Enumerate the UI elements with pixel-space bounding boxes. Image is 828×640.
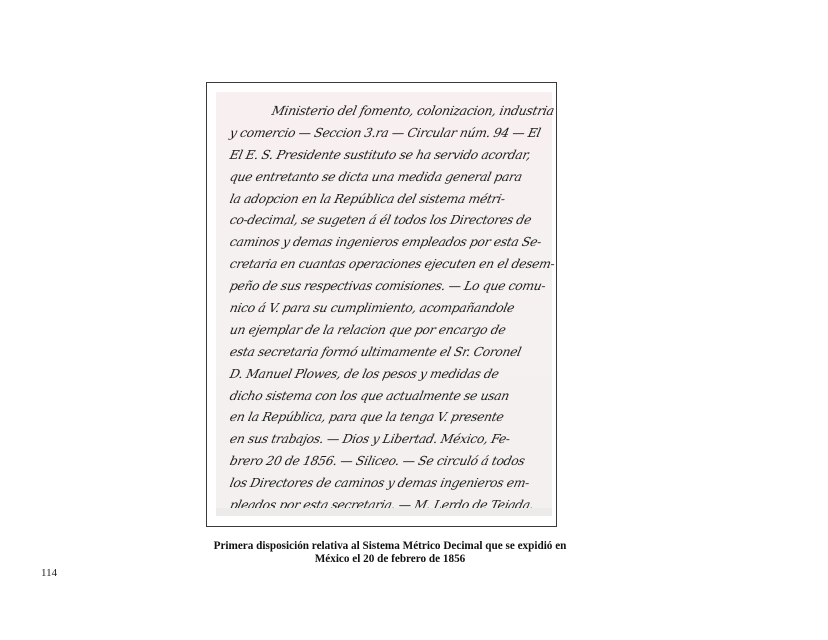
handwritten-line: en sus trabajos. — Dios y Libertad. Méxi… [228, 428, 549, 450]
handwritten-line: caminos y demas ingenieros empleados por… [228, 231, 549, 253]
handwritten-line: en la República, para que la tenga V. pr… [228, 406, 549, 428]
handwritten-line: Ministerio del fomento, colonizacion, in… [228, 100, 549, 122]
paper-bottom-edge [216, 508, 552, 516]
handwritten-line: y comercio — Seccion 3.ra — Circular núm… [228, 122, 549, 144]
handwritten-line: co-decimal, se sugeten á él todos los Di… [228, 209, 549, 231]
handwritten-line: dicho sistema con los que actualmente se… [228, 385, 549, 407]
manuscript-paper: Ministerio del fomento, colonizacion, in… [216, 92, 552, 516]
handwritten-line: El E. S. Presidente sustituto se ha serv… [228, 144, 549, 166]
caption-line-2: México el 20 de febrero de 1856 [150, 553, 630, 566]
handwritten-line: brero 20 de 1856. — Siliceo. — Se circul… [228, 450, 549, 472]
handwritten-line: nico á V. para su cumplimiento, acompaña… [228, 297, 549, 319]
handwritten-text: Ministerio del fomento, colonizacion, in… [230, 100, 546, 516]
figure-caption: Primera disposición relativa al Sistema … [150, 540, 630, 566]
handwritten-line: la adopcion en la República del sistema … [228, 188, 549, 210]
handwritten-line: peño de sus respectivas comisiones. — Lo… [228, 275, 549, 297]
handwritten-line: cretaria en cuantas operaciones ejecuten… [228, 253, 549, 275]
caption-line-1: Primera disposición relativa al Sistema … [150, 540, 630, 553]
handwritten-line: un ejemplar de la relacion que por encar… [228, 319, 549, 341]
page-number: 114 [41, 567, 57, 579]
manuscript-figure: Ministerio del fomento, colonizacion, in… [206, 82, 557, 527]
handwritten-line: D. Manuel Plowes, de los pesos y medidas… [228, 363, 549, 385]
handwritten-line: esta secretaria formó ultimamente el Sr.… [228, 341, 549, 363]
handwritten-line: que entretanto se dicta una medida gener… [228, 166, 549, 188]
handwritten-line: los Directores de caminos y demas ingeni… [228, 472, 549, 494]
